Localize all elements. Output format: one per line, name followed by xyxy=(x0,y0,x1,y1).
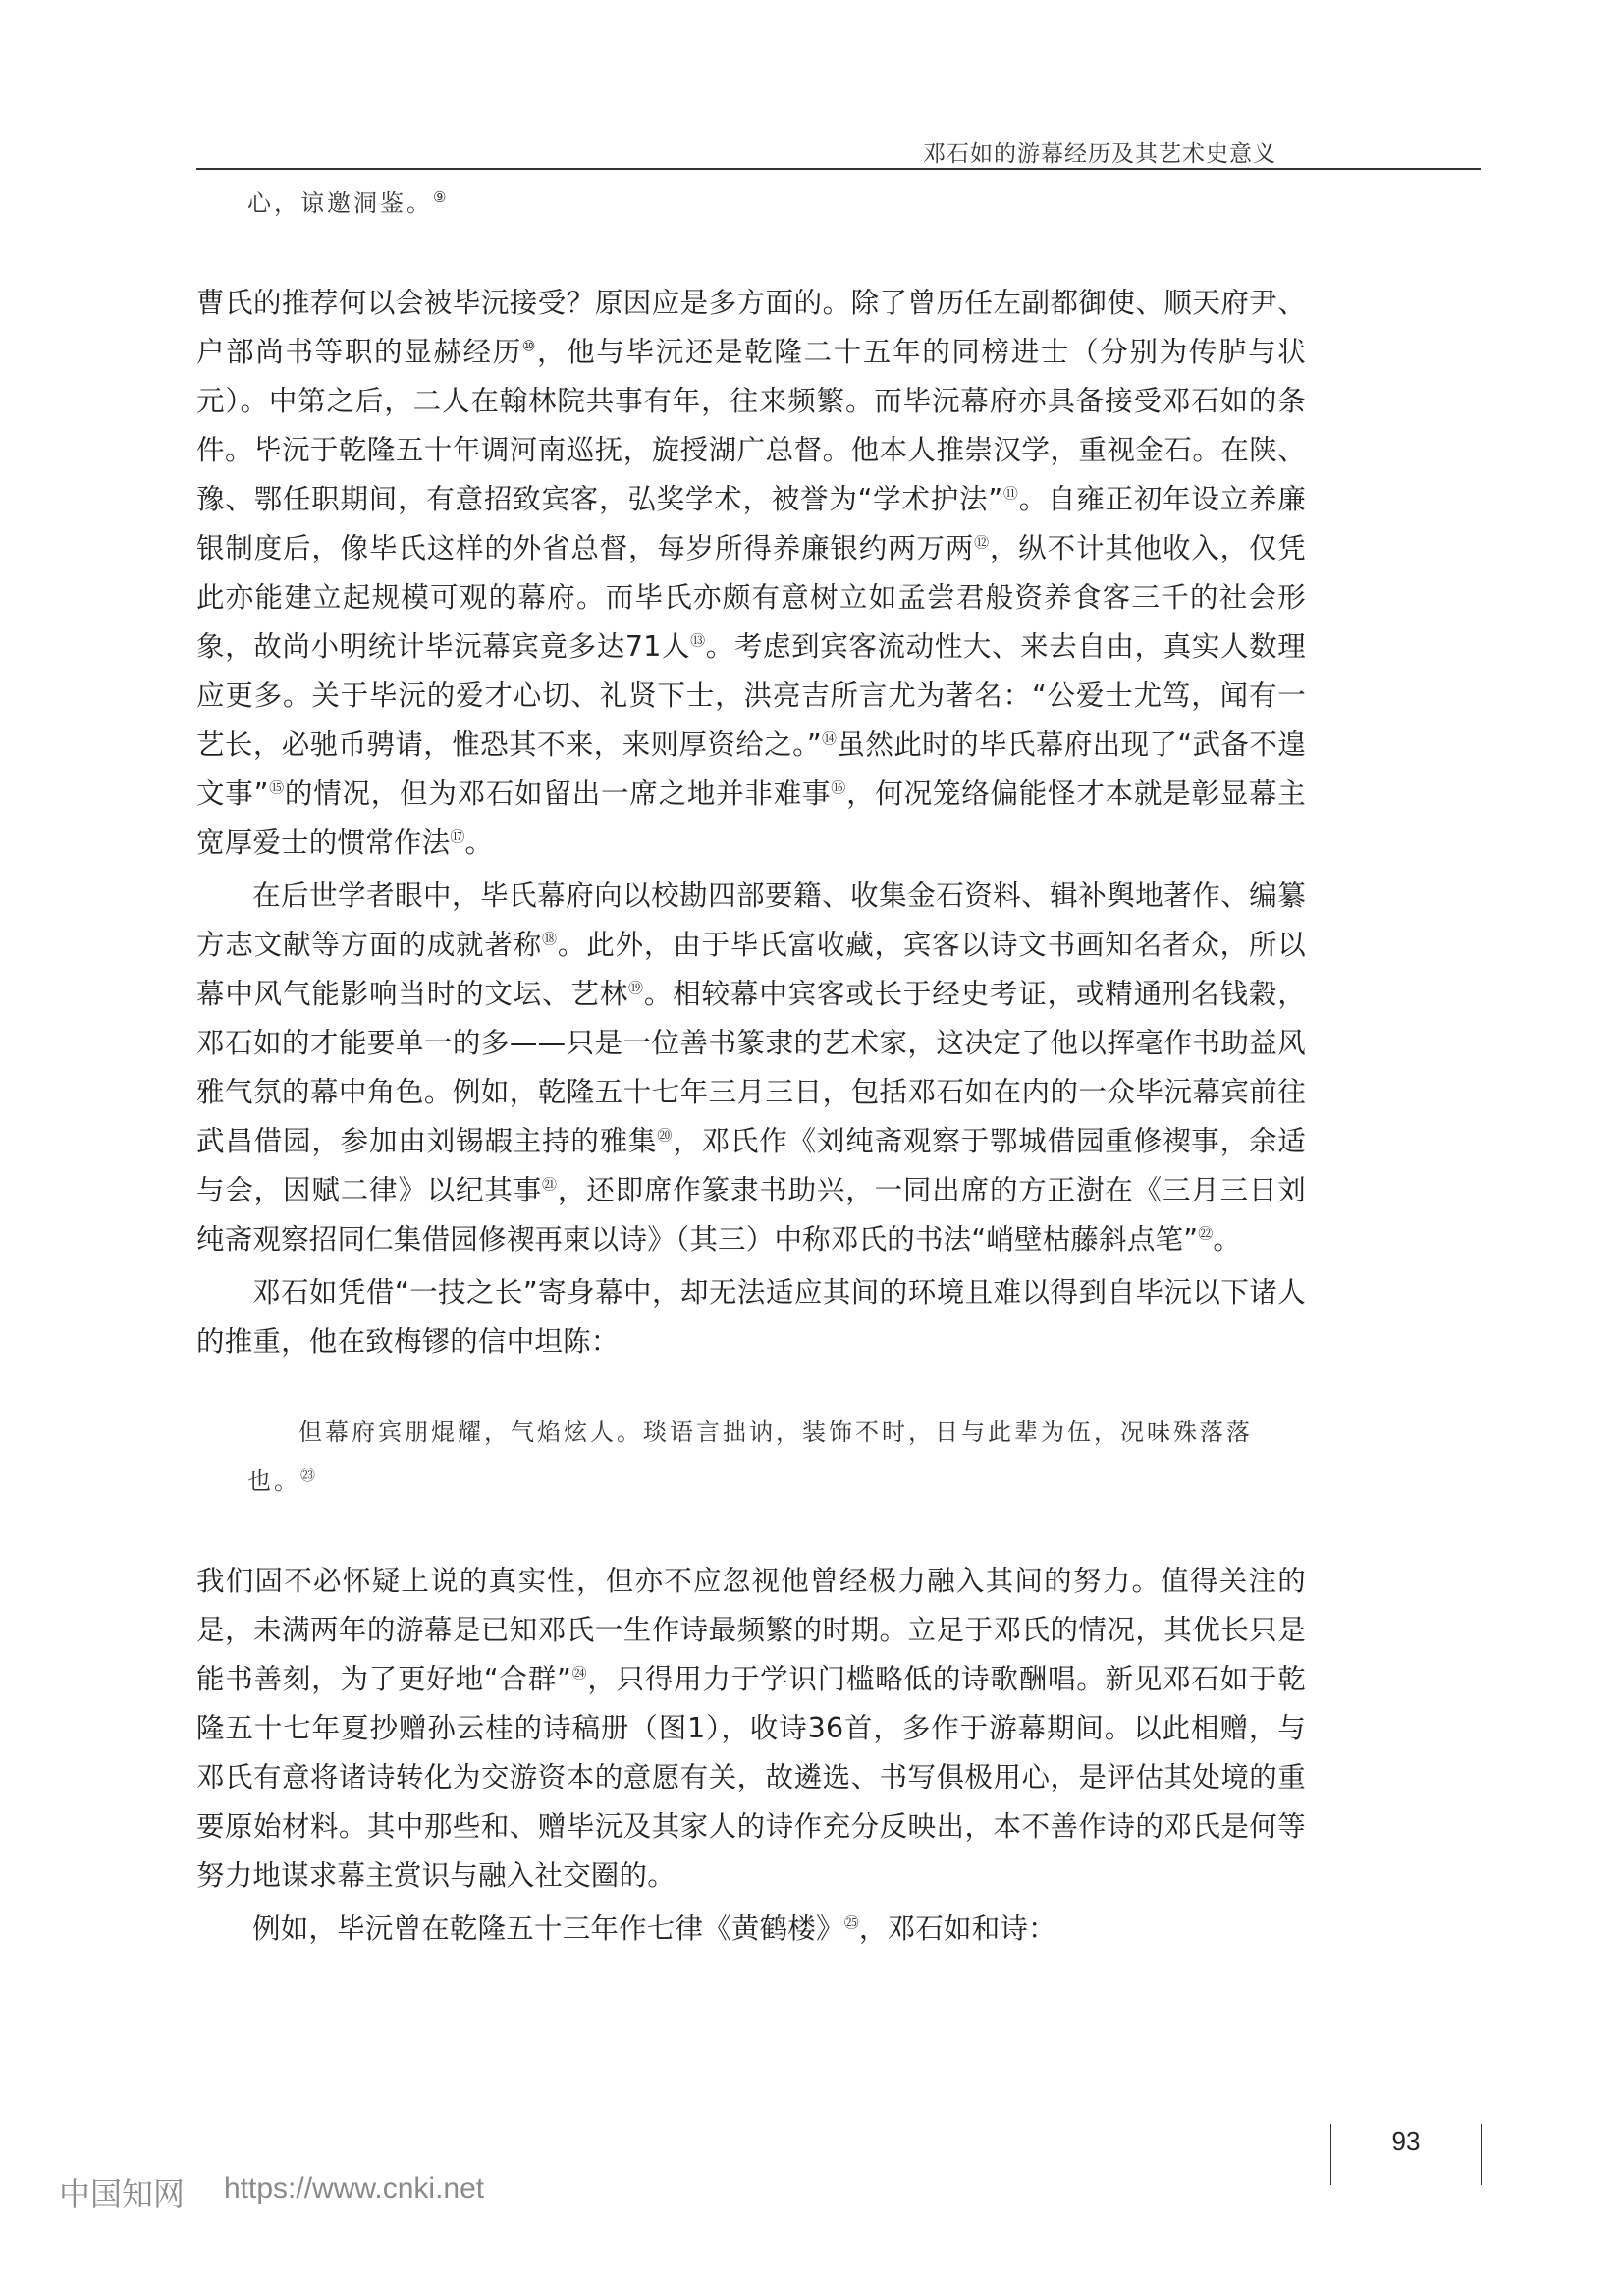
text-run: 。 xyxy=(1213,1223,1241,1255)
running-title: 邓石如的游幕经历及其艺术史意义 xyxy=(923,135,1276,168)
page-number: 93 xyxy=(1331,2126,1481,2157)
footnote-marker[interactable]: ⑨ xyxy=(433,188,449,206)
footnote-marker[interactable]: ⑳ xyxy=(657,1127,673,1145)
text-run: 邓石如凭借“一技之长”寄身幕中，却无法适应其间的环境且难以得到自毕沅以下诸人的推… xyxy=(196,1276,1306,1358)
footnote-marker[interactable]: ㉓ xyxy=(300,1467,318,1484)
footnote-marker[interactable]: ㉒ xyxy=(1198,1225,1213,1243)
spacer xyxy=(196,1366,1306,1408)
footnote-marker[interactable]: ⑯ xyxy=(831,779,846,797)
paragraph: 曹氏的推荐何以会被毕沅接受？原因应是多方面的。除了曾历任左副都御使、顺天府尹、户… xyxy=(196,279,1306,868)
spacer xyxy=(196,1506,1306,1557)
footnote-marker[interactable]: ㉔ xyxy=(571,1665,587,1682)
paragraph: 在后世学者眼中，毕氏幕府向以校勘四部要籍、收集金石资料、辑补舆地著作、编纂方志文… xyxy=(196,872,1306,1264)
quote-line: 心，谅邀洞鉴。⑨ xyxy=(247,179,1282,228)
footnote-marker[interactable]: ㉕ xyxy=(844,1914,859,1932)
text-run: ，只得用力于学识门槛略低的诗歌酬唱。新见邓石如于乾隆五十七年夏抄赠孙云桂的诗稿册… xyxy=(196,1663,1306,1892)
footnote-marker[interactable]: ⑲ xyxy=(628,980,644,997)
footnote-marker[interactable]: ⑪ xyxy=(1002,485,1018,503)
cnki-watermark: 中国知网 xyxy=(59,2169,185,2215)
footnote-marker[interactable]: ⑫ xyxy=(974,534,990,552)
footnote-marker[interactable]: ⑰ xyxy=(450,828,464,846)
block-quote-continued: 心，谅邀洞鉴。⑨ xyxy=(196,179,1306,228)
text-run: 的情况，但为邓石如留出一席之地并非难事 xyxy=(285,777,831,810)
spacer xyxy=(196,228,1306,279)
footnote-marker[interactable]: ㉑ xyxy=(542,1176,558,1194)
text-run: 。 xyxy=(465,827,494,859)
paragraph: 我们固不必怀疑上说的真实性，但亦不应忽视他曾经极力融入其间的努力。值得关注的是，… xyxy=(196,1557,1306,1900)
footnote-marker[interactable]: ⑬ xyxy=(690,632,706,650)
paragraph: 例如，毕沅曾在乾隆五十三年作七律《黄鹤楼》㉕，邓石如和诗： xyxy=(196,1904,1306,1953)
footnote-marker[interactable]: ⑱ xyxy=(542,931,558,948)
block-quote: 但幕府宾朋焜耀，气焰炫人。琰语言拙讷，装饰不时，日与此辈为伍，况味殊落落也。㉓ xyxy=(196,1408,1306,1506)
text-run: 例如，毕沅曾在乾隆五十三年作七律《黄鹤楼》 xyxy=(252,1912,844,1945)
footnote-marker[interactable]: ⑩ xyxy=(522,338,537,355)
paragraph: 邓石如凭借“一技之长”寄身幕中，却无法适应其间的环境且难以得到自毕沅以下诸人的推… xyxy=(196,1268,1306,1366)
quote-text: 但幕府宾朋焜耀，气焰炫人。琰语言拙讷，装饰不时，日与此辈为伍，况味殊落落也。㉓ xyxy=(247,1408,1282,1506)
footnote-marker[interactable]: ⑭ xyxy=(822,730,838,748)
text-run: ，邓石如和诗： xyxy=(859,1912,1056,1945)
cnki-url[interactable]: https://www.cnki.net xyxy=(224,2172,484,2206)
footnote-marker[interactable]: ⑮ xyxy=(269,779,285,797)
page-number-frame: 93 xyxy=(1330,2124,1482,2185)
article-body: 心，谅邀洞鉴。⑨ 曹氏的推荐何以会被毕沅接受？原因应是多方面的。除了曾历任左副都… xyxy=(196,179,1306,1953)
header-rule xyxy=(196,168,1481,170)
